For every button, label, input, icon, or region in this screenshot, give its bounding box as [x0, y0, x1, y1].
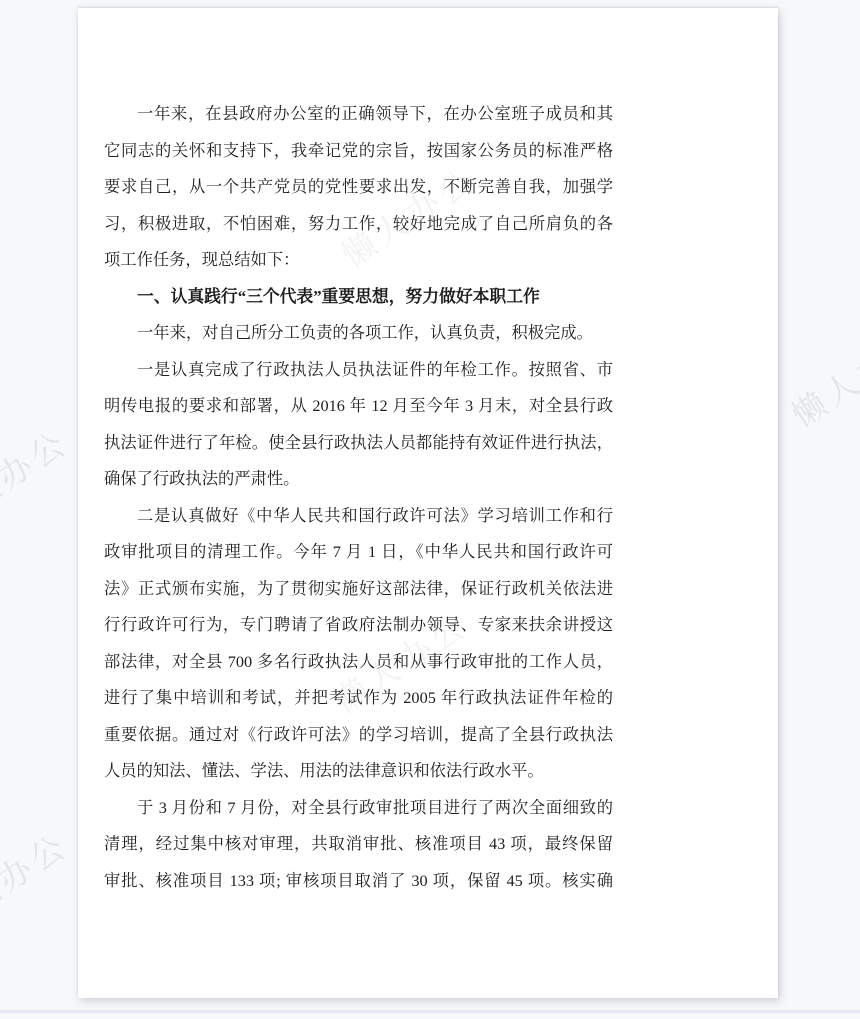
text-line: 政审批项目的清理工作。今年 7 月 1 日，《中华人民共和国行政许可	[104, 534, 613, 571]
watermark: 懒人办公	[0, 417, 77, 539]
text-line: 法》正式颁布实施，为了贯彻实施好这部法律，保证行政机关依法进	[104, 571, 613, 608]
text-line: 习，积极进取，不怕困难，努力工作，较好地完成了自己所肩负的各	[104, 206, 613, 243]
text-line: 部法律，对全县 700 多名行政执法人员和从事行政审批的工作人员，	[104, 644, 613, 681]
text-line: 二是认真做好《中华人民共和国行政许可法》学习培训工作和行	[104, 498, 613, 535]
page-background: { "page": { "background_color": "#f7f8f9…	[0, 0, 860, 1019]
heading-line: 一、认真践行“三个代表”重要思想，努力做好本职工作	[104, 279, 613, 316]
text-line: 确保了行政执法的严肃性。	[104, 461, 613, 498]
text-line: 于 3 月份和 7 月份，对全县行政审批项目进行了两次全面细致的	[104, 790, 613, 827]
text-line: 审批、核准项目 133 项; 审核项目取消了 30 项，保留 45 项。核实确	[104, 863, 613, 900]
text-line: 一是认真完成了行政执法人员执法证件的年检工作。按照省、市	[104, 352, 613, 389]
text-line: 一年来，在县政府办公室的正确领导下，在办公室班子成员和其	[104, 96, 613, 133]
text-line: 一年来，对自己所分工负责的各项工作，认真负责，积极完成。	[104, 315, 613, 352]
text-line: 它同志的关怀和支持下，我牵记党的宗旨，按国家公务员的标准严格	[104, 133, 613, 170]
document-content: 一年来，在县政府办公室的正确领导下，在办公室班子成员和其它同志的关怀和支持下，我…	[104, 96, 613, 899]
text-line: 明传电报的要求和部署，从 2016 年 12 月至今年 3 月末，对全县行政	[104, 388, 613, 425]
watermark: 懒人办公	[0, 820, 77, 942]
text-line: 要求自己，从一个共产党员的党性要求出发，不断完善自我，加强学	[104, 169, 613, 206]
text-line: 行行政许可行为，专门聘请了省政府法制办领导、专家来扶余讲授这	[104, 607, 613, 644]
watermark: 懒人办公	[781, 314, 860, 436]
text-line: 重要依据。通过对《行政许可法》的学习培训，提高了全县行政执法	[104, 717, 613, 754]
text-line: 清理，经过集中核对审理，共取消审批、核准项目 43 项，最终保留	[104, 826, 613, 863]
bottom-divider	[0, 1010, 860, 1013]
text-line: 项工作任务，现总结如下：	[104, 242, 613, 279]
text-line: 执法证件进行了年检。使全县行政执法人员都能持有效证件进行执法，	[104, 425, 613, 462]
text-line: 进行了集中培训和考试，并把考试作为 2005 年行政执法证件年检的	[104, 680, 613, 717]
text-line: 人员的知法、懂法、学法、用法的法律意识和依法行政水平。	[104, 753, 613, 790]
